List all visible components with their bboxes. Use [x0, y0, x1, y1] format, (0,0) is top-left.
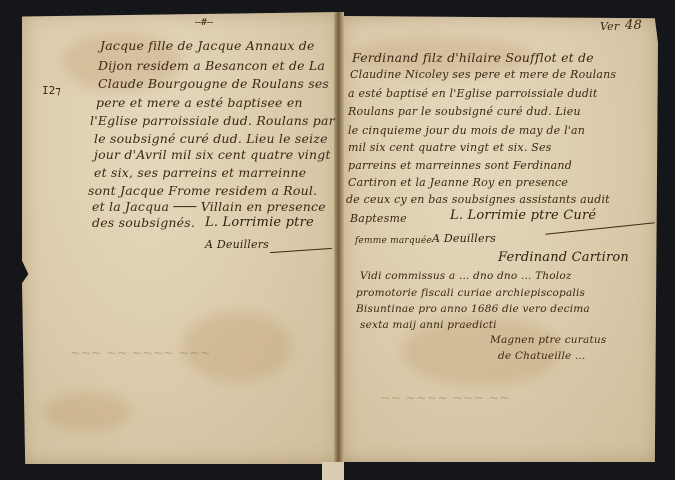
- entry-line: l'Eglise parroissiale dud. Roulans par: [90, 113, 335, 128]
- entry-line: Roulans par le soubsigné curé dud. Lieu: [348, 105, 581, 118]
- visa-line: Vidi commissus a ... dno dno ... Tholoz: [360, 270, 572, 282]
- entry-line: et la Jacqua ─── Villain en presence: [92, 199, 326, 214]
- godfather-signature: Ferdinand Cartiron: [498, 250, 629, 265]
- godmother-mark: femme marquée: [355, 236, 432, 246]
- priest-signature: L. Lorrimie ptre: [205, 215, 314, 230]
- entry-line: Claudine Nicoley ses pere et mere de Rou…: [350, 68, 616, 81]
- binding-gutter: [334, 12, 344, 467]
- entry-line: Cartiron et la Jeanne Roy en presence: [348, 176, 568, 189]
- stain: [42, 392, 132, 432]
- entry-line: Dijon residem a Besancon et de La: [98, 58, 325, 73]
- top-mark: —#—: [195, 17, 213, 28]
- bleed-through: ~~ ~~~~ ~~~ ~~: [380, 390, 510, 405]
- bleed-through: ~~~ ~~ ~~~~ ~~~: [70, 345, 211, 360]
- folio-prefix: Ver: [600, 20, 619, 33]
- entry-line: le soubsigné curé dud. Lieu le seize: [94, 131, 328, 146]
- entry-line: Jacque fille de Jacque Annaux de: [100, 38, 315, 53]
- folio-number: 48: [625, 18, 642, 33]
- entry-line: parreins et marreinnes sont Ferdinand: [348, 159, 572, 172]
- register-spread: —#— I2⁊ Jacque fille de Jacque Annaux de…: [0, 0, 675, 480]
- visa-line: Bisuntinae pro anno 1686 die vero decima: [356, 303, 590, 315]
- entry-line: des soubsignés.: [92, 215, 195, 230]
- entry-line: Claude Bourgougne de Roulans ses: [98, 76, 329, 91]
- visa-signature: Magnen ptre curatus: [490, 334, 606, 346]
- witness-signature: A Deuillers: [432, 232, 496, 245]
- margin-entry-number: I2⁊: [42, 84, 61, 97]
- entry-line: et six, ses parreins et marreinne: [94, 165, 306, 180]
- visa-line: sexta maij anni praedicti: [360, 319, 497, 331]
- entry-line: le cinquieme jour du mois de may de l'an: [348, 124, 585, 137]
- entry-line: Ferdinand filz d'hilaire Soufflot et de: [352, 50, 594, 65]
- entry-line: a esté baptisé en l'Eglise parroissiale …: [348, 87, 598, 100]
- entry-line: de ceux cy en bas soubsignes assistants …: [346, 193, 610, 206]
- entry-line: Baptesme: [350, 212, 407, 225]
- entry-line: pere et mere a esté baptisee en: [96, 95, 303, 110]
- visa-line: promotorie fiscali curiae archiepiscopal…: [356, 287, 585, 299]
- entry-line: sont Jacque Frome residem a Roul.: [88, 183, 317, 198]
- witness-signature: A Deuillers: [205, 238, 269, 251]
- binding-tab: [322, 462, 344, 480]
- priest-signature: L. Lorrimie ptre Curé: [450, 208, 596, 223]
- entry-line: mil six cent quatre vingt et six. Ses: [348, 141, 552, 154]
- visa-signature: de Chatueille ...: [498, 350, 586, 362]
- entry-line: jour d'Avril mil six cent quatre vingt: [94, 147, 331, 162]
